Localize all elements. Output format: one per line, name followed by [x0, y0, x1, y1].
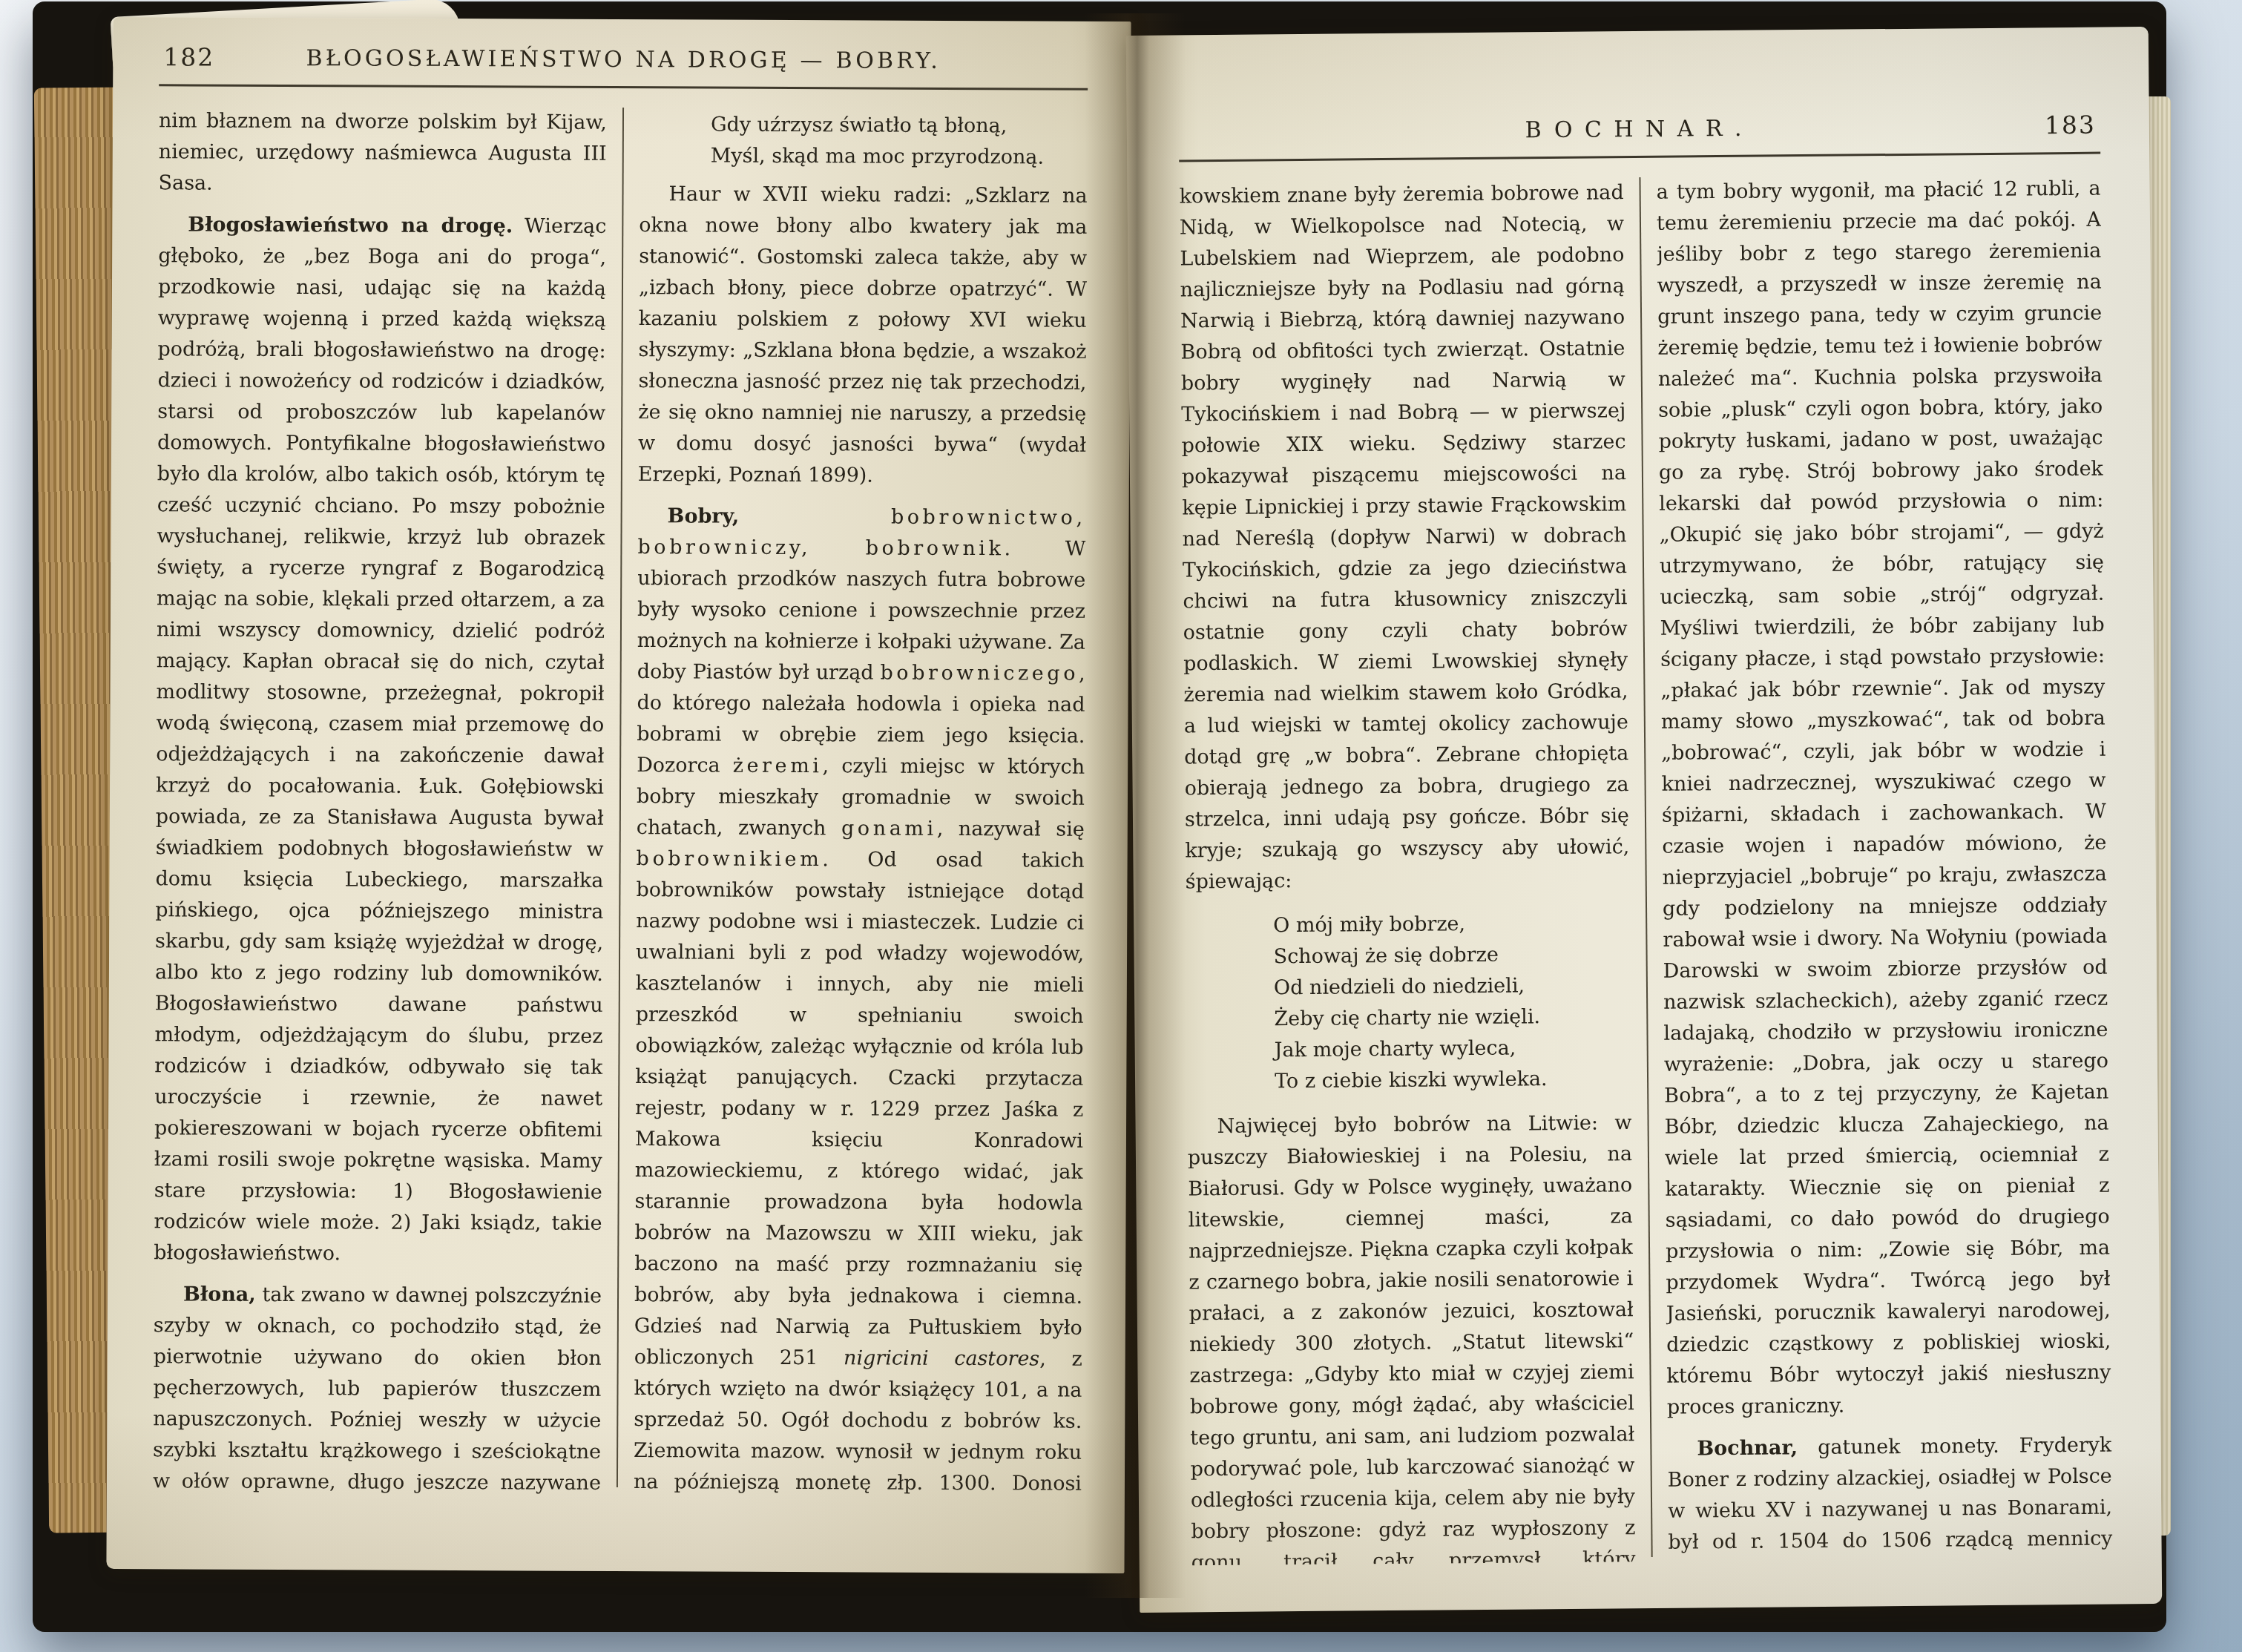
- page-number: 182: [163, 42, 214, 71]
- column-rule: [617, 108, 624, 1487]
- entry-blogoslawienstwo: Błogosławieństwo na drogę. Wierząc głębo…: [154, 209, 606, 1271]
- entry-bochnar: Bochnar, gatunek monety. Fryderyk Boner …: [1667, 1430, 2112, 1561]
- column-right: a tym bobry wygonił, ma płacić 12 rubli,…: [1656, 174, 2112, 1561]
- verse-line: Schowaj że się dobrze: [1273, 938, 1630, 973]
- book-photo: 182 BŁOGOSŁAWIEŃSTWO NA DROGĘ — BOBRY. n…: [0, 0, 2242, 1652]
- page-183: BOCHNAR. 183 kowskiem znane były żeremia…: [1126, 27, 2163, 1613]
- running-title: BOCHNAR.: [1179, 111, 2100, 147]
- verse-line: Gdy uźrzysz światło tą błoną,: [711, 110, 1088, 142]
- entry-bobry: Bobry, bobrownictwo, bobrowniczy, bobrow…: [634, 501, 1086, 1498]
- page-header-183: BOCHNAR. 183: [1179, 111, 2100, 157]
- paragraph-haur: Haur w XVII wieku radzi: „Szklarz na okn…: [638, 179, 1088, 493]
- continuation-paragraph: a tym bobry wygonił, ma płacić 12 rubli,…: [1656, 174, 2111, 1424]
- verse-line: Żeby cię charty nie wzięli.: [1274, 1001, 1631, 1035]
- page-number: 183: [2045, 111, 2096, 140]
- verse-line: Myśl, skąd ma moc przyrodzoną.: [711, 141, 1088, 174]
- verse-line: O mój miły bobrze,: [1273, 907, 1630, 941]
- running-title: BŁOGOSŁAWIEŃSTWO NA DROGĘ — BOBRY.: [159, 42, 1088, 74]
- folk-song: O mój miły bobrze,Schowaj że się dobrzeO…: [1273, 907, 1631, 1097]
- verse-line: To z ciebie kiszki wywleka.: [1275, 1063, 1631, 1097]
- verse-line: Jak moje charty wyleca,: [1275, 1032, 1631, 1066]
- continuation-paragraph: nim błaznem na dworze polskim był Kijaw,…: [159, 105, 608, 201]
- page-header-182: 182 BŁOGOSŁAWIEŃSTWO NA DROGĘ — BOBRY.: [159, 42, 1088, 85]
- column-right: Gdy uźrzysz światło tą błoną,Myśl, skąd …: [634, 108, 1088, 1498]
- rej-couplet: Gdy uźrzysz światło tą błoną,Myśl, skąd …: [711, 110, 1088, 174]
- entry-blona: Błona, tak zwano w dawnej polszczyźnie s…: [153, 1279, 602, 1496]
- column-rule: [1639, 177, 1652, 1557]
- verse-line: Od niedzieli do niedzieli,: [1274, 970, 1631, 1004]
- page-182: 182 BŁOGOSŁAWIEŃSTWO NA DROGĘ — BOBRY. n…: [106, 17, 1131, 1573]
- column-left: kowskiem znane były żeremia bobrowe nad …: [1179, 177, 1635, 1565]
- header-rule: [159, 84, 1088, 90]
- paragraph-litwa: Najwięcej było bobrów na Litwie: w puszc…: [1187, 1108, 1635, 1565]
- continuation-paragraph: kowskiem znane były żeremia bobrowe nad …: [1179, 177, 1629, 898]
- column-left: nim błaznem na dworze polskim był Kijaw,…: [153, 105, 607, 1496]
